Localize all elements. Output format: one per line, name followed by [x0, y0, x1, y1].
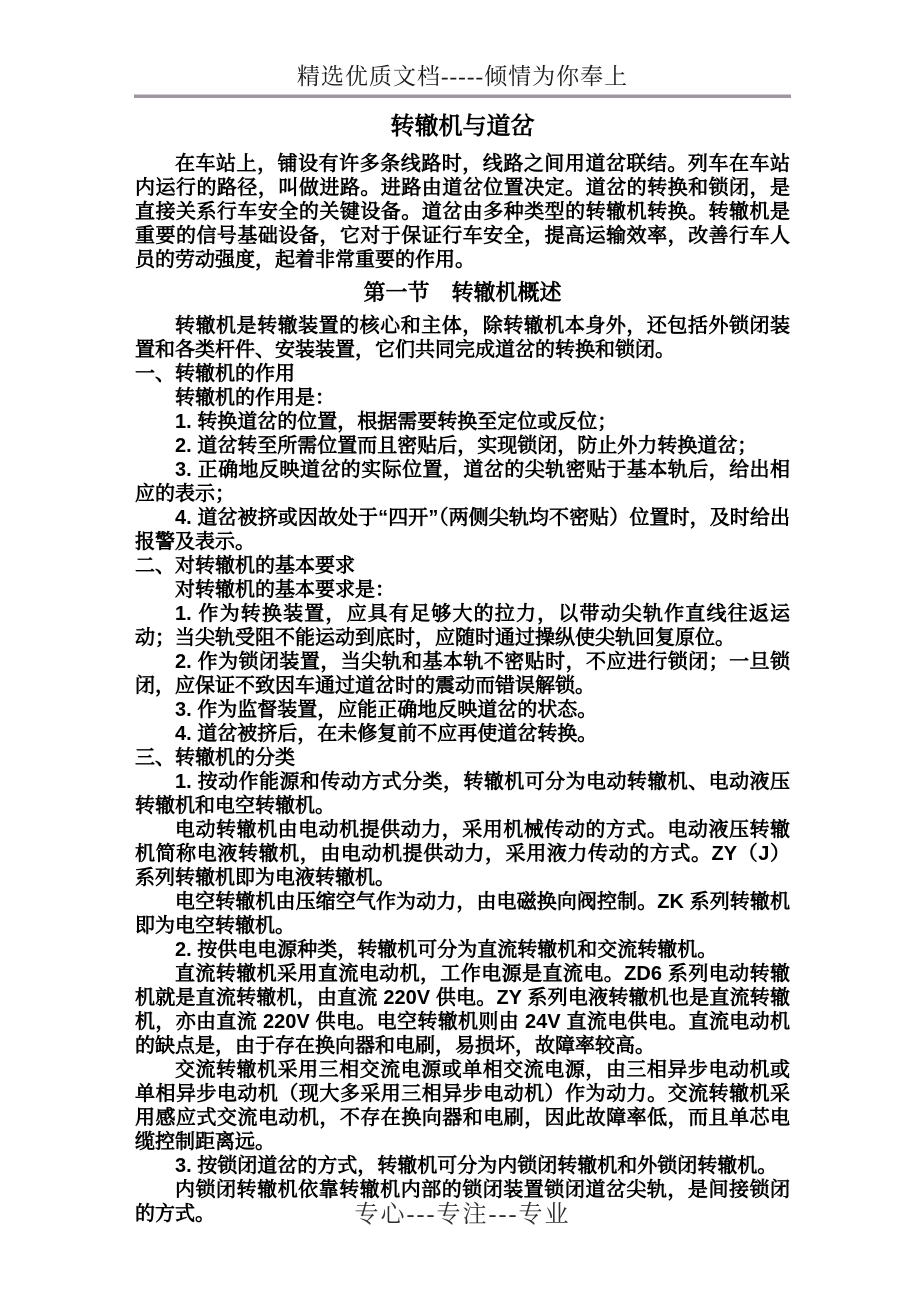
paragraph: 1. 按动作能源和传动方式分类，转辙机可分为电动转辙机、电动液压转辙机和电空转辙… [135, 770, 790, 818]
paragraph: 2. 作为锁闭装置，当尖轨和基本轨不密贴时，不应进行锁闭；一旦锁闭，应保证不致因… [135, 650, 790, 698]
paragraph: 2. 道岔转至所需位置而且密贴后，实现锁闭，防止外力转换道岔； [135, 434, 790, 458]
document-title: 转辙机与道岔 [135, 112, 790, 142]
paragraph: 在车站上，铺设有许多条线路时，线路之间用道岔联结。列车在车站内运行的路径，叫做进… [135, 152, 790, 272]
paragraph: 3. 正确地反映道岔的实际位置，道岔的尖轨密贴于基本轨后，给出相应的表示； [135, 458, 790, 506]
paragraph: 2. 按供电电源种类，转辙机可分为直流转辙机和交流转辙机。 [135, 938, 790, 962]
list-heading: 二、对转辙机的基本要求 [135, 554, 790, 578]
paragraph: 电空转辙机由压缩空气作为动力，由电磁换向阀控制。ZK 系列转辙机即为电空转辙机。 [135, 890, 790, 938]
paragraph: 4. 道岔被挤或因故处于“四开”（两侧尖轨均不密贴）位置时，及时给出报警及表示。 [135, 506, 790, 554]
page-header: 精选优质文档-----倾情为你奉上 [135, 58, 790, 91]
list-heading: 三、转辙机的分类 [135, 746, 790, 770]
paragraph: 4. 道岔被挤后，在未修复前不应再使道岔转换。 [135, 722, 790, 746]
paragraph: 电动转辙机由电动机提供动力，采用机械传动的方式。电动液压转辙机简称电液转辙机，由… [135, 818, 790, 890]
list-heading: 一、转辙机的作用 [135, 362, 790, 386]
paragraph: 转辙机是转辙装置的核心和主体，除转辙机本身外，还包括外锁闭装置和各类杆件、安装装… [135, 314, 790, 362]
paragraph: 1. 转换道岔的位置，根据需要转换至定位或反位； [135, 410, 790, 434]
document-page: 精选优质文档-----倾情为你奉上 转辙机与道岔 在车站上，铺设有许多条线路时，… [0, 0, 920, 1302]
document-body: 在车站上，铺设有许多条线路时，线路之间用道岔联结。列车在车站内运行的路径，叫做进… [135, 152, 790, 1226]
page-footer: 专心---专注---专业 [135, 1194, 790, 1229]
paragraph: 转辙机的作用是： [135, 386, 790, 410]
paragraph: 交流转辙机采用三相交流电源或单相交流电源，由三相异步电动机或单相异步电动机（现大… [135, 1058, 790, 1154]
document-content: 转辙机与道岔 在车站上，铺设有许多条线路时，线路之间用道岔联结。列车在车站内运行… [135, 112, 790, 1226]
paragraph: 对转辙机的基本要求是： [135, 578, 790, 602]
paragraph: 1. 作为转换装置，应具有足够大的拉力，以带动尖轨作直线往返运动；当尖轨受阻不能… [135, 602, 790, 650]
header-divider [134, 94, 791, 98]
paragraph: 直流转辙机采用直流电动机，工作电源是直流电。ZD6 系列电动转辙机就是直流转辙机… [135, 962, 790, 1058]
section-heading: 第一节 转辙机概述 [135, 280, 790, 306]
paragraph: 3. 按锁闭道岔的方式，转辙机可分为内锁闭转辙机和外锁闭转辙机。 [135, 1154, 790, 1178]
paragraph: 3. 作为监督装置，应能正确地反映道岔的状态。 [135, 698, 790, 722]
